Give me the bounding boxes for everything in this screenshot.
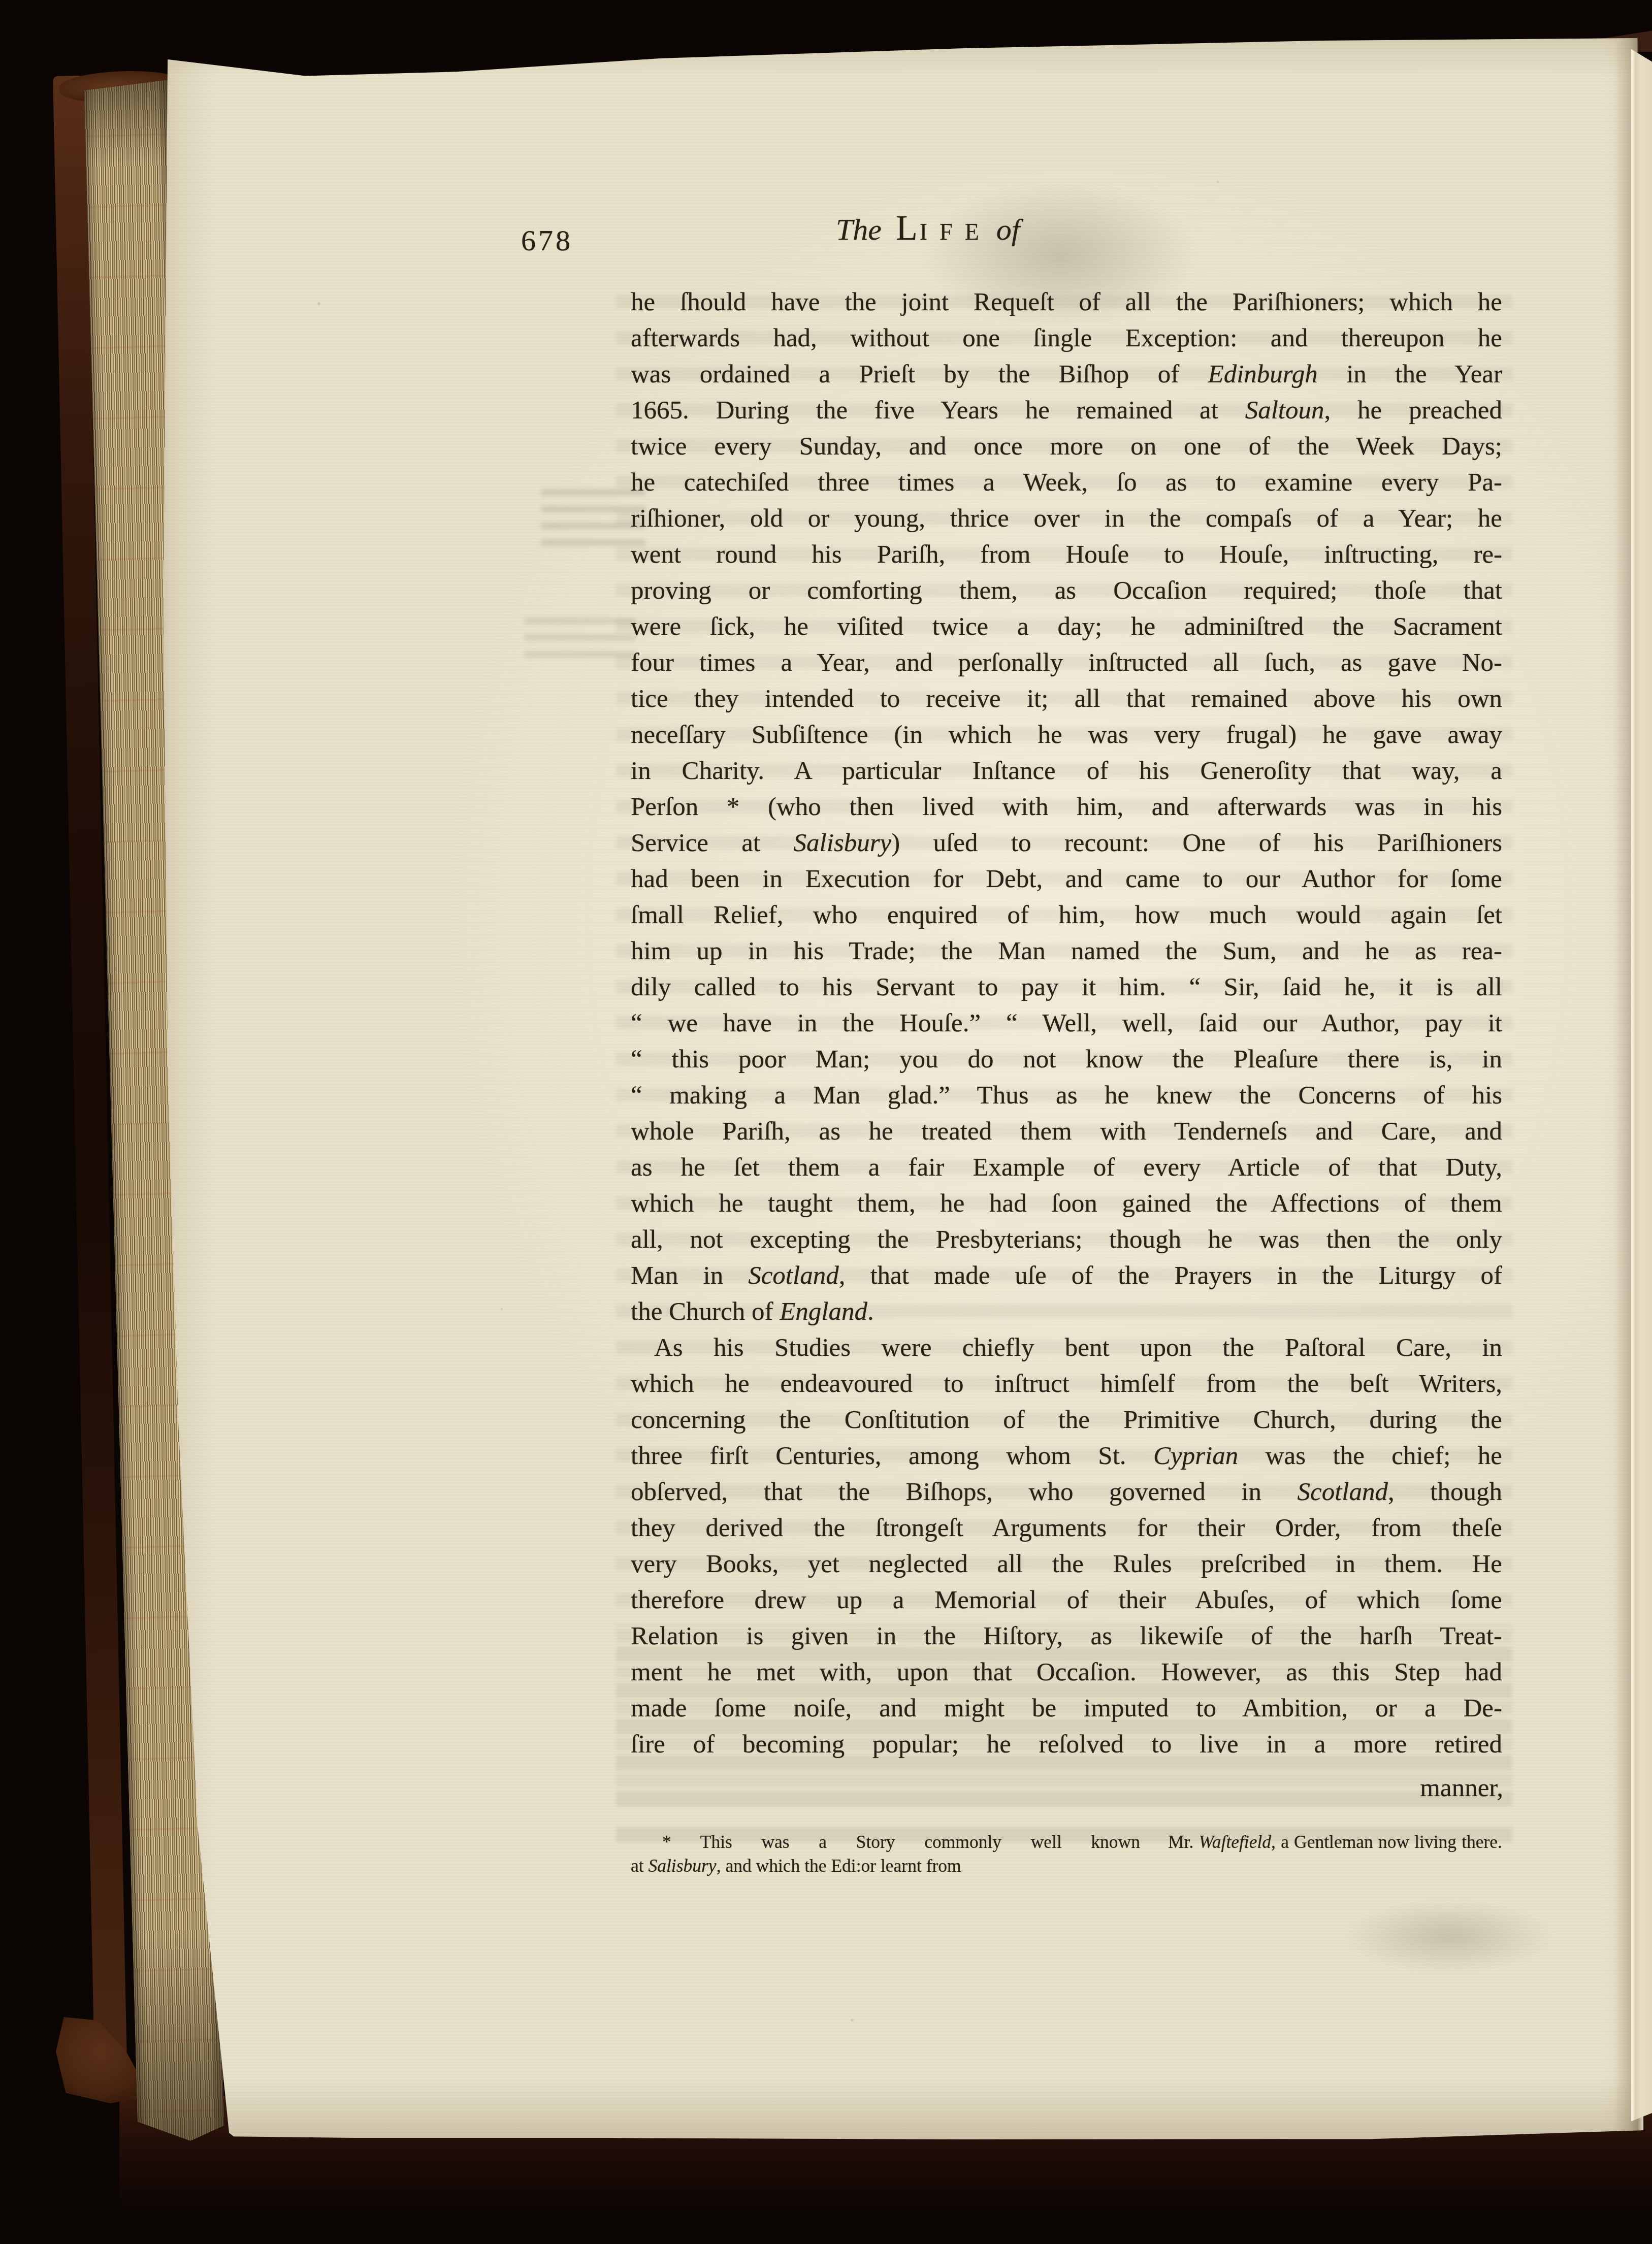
italic-word: Scotland bbox=[1298, 1478, 1388, 1506]
italic-word: Edinburgh bbox=[1208, 360, 1318, 388]
body-line: were ſick, he viſited twice a day; he ad… bbox=[631, 609, 1502, 645]
footnote-line: at Salisbury, and which the Edi:or learn… bbox=[631, 1854, 1140, 1878]
body-line: the Church of England. bbox=[631, 1294, 1502, 1330]
body-line: Relation is given in the Hiſtory, as lik… bbox=[631, 1618, 1502, 1654]
body-line: he ſhould have the joint Requeſt of all … bbox=[631, 284, 1502, 320]
body-line: whole Pariſh, as he treated them with Te… bbox=[631, 1114, 1502, 1150]
running-title: The L IFE of bbox=[836, 208, 1020, 249]
body-line: he catechiſed three times a Week, ſo as … bbox=[631, 465, 1502, 501]
body-line: Perſon * (who then lived with him, and a… bbox=[631, 789, 1502, 825]
body-line: concerning the Conſtitution of the Primi… bbox=[631, 1402, 1502, 1438]
body-line: obſerved, that the Biſhops, who governed… bbox=[631, 1474, 1502, 1510]
running-title-lead: The bbox=[836, 212, 882, 247]
body-line: tice they intended to receive it; all th… bbox=[631, 681, 1502, 717]
body-line: was ordained a Prieſt by the Biſhop of E… bbox=[631, 356, 1502, 393]
footnote-column: Mr. Waſtefield, a Gentleman now living t… bbox=[1168, 1830, 1502, 1854]
footnote-line: Mr. Waſtefield, a Gentleman now living t… bbox=[1168, 1830, 1502, 1854]
body-line: “ we have in the Houſe.” “ Well, well, ſ… bbox=[631, 1005, 1502, 1042]
body-line: As his Studies were chiefly bent upon th… bbox=[631, 1330, 1502, 1366]
italic-word: Cyprian bbox=[1153, 1442, 1238, 1470]
body-line: as he ſet them a fair Example of every A… bbox=[631, 1150, 1502, 1186]
running-title-main-initial: L bbox=[896, 208, 918, 249]
body-line: Man in Scotland, that made uſe of the Pr… bbox=[631, 1258, 1502, 1294]
body-line: riſhioner, old or young, thrice over in … bbox=[631, 501, 1502, 537]
running-title-tail: of bbox=[996, 212, 1020, 247]
italic-word: Saltoun bbox=[1245, 396, 1324, 425]
showthrough-margin-note bbox=[541, 487, 645, 546]
page-number: 678 bbox=[521, 223, 573, 257]
body-line: in Charity. A particular Inſtance of his… bbox=[631, 753, 1502, 789]
italic-word: Waſtefield bbox=[1198, 1832, 1271, 1852]
catchword: manner, bbox=[1294, 1773, 1503, 1803]
body-line: proving or comforting them, as Occaſion … bbox=[631, 573, 1502, 609]
next-page-edge bbox=[1631, 37, 1652, 2130]
body-line: therefore drew up a Memorial of their Ab… bbox=[631, 1582, 1502, 1618]
italic-word: Salisbury bbox=[794, 829, 892, 857]
footnote-line: * This was a Story commonly well known bbox=[631, 1830, 1140, 1854]
body-text: he ſhould have the joint Requeſt of all … bbox=[631, 284, 1502, 1763]
body-line: all, not excepting the Presbyterians; th… bbox=[631, 1222, 1502, 1258]
body-line: Service at Salisbury) uſed to recount: O… bbox=[631, 825, 1502, 861]
body-line: which he taught them, he had ſoon gained… bbox=[631, 1186, 1502, 1222]
body-line: made ſome noiſe, and might be imputed to… bbox=[631, 1690, 1502, 1727]
body-line: had been in Execution for Debt, and came… bbox=[631, 861, 1502, 897]
body-line: afterwards had, without one ſingle Excep… bbox=[631, 320, 1502, 356]
showthrough-margin-note bbox=[525, 609, 635, 658]
showthrough-smudge bbox=[1340, 1898, 1558, 1974]
body-line: “ this poor Man; you do not know the Ple… bbox=[631, 1042, 1502, 1078]
italic-word: Scotland bbox=[748, 1261, 838, 1290]
book-page: 678 The L IFE of he ſhould have the join… bbox=[151, 29, 1646, 2142]
body-line: ment he met with, upon that Occaſion. Ho… bbox=[631, 1654, 1502, 1690]
body-line: “ making a Man glad.” Thus as he knew th… bbox=[631, 1078, 1502, 1114]
photographed-book-spread: { "colors": { "background": "#0b0504", "… bbox=[0, 0, 1652, 2244]
body-line: four times a Year, and perſonally inſtru… bbox=[631, 645, 1502, 681]
body-line: 1665. During the five Years he remained … bbox=[631, 393, 1502, 429]
body-line: twice every Sunday, and once more on one… bbox=[631, 429, 1502, 465]
body-line: they derived the ſtrongeſt Arguments for… bbox=[631, 1510, 1502, 1546]
body-line: went round his Pariſh, from Houſe to Hou… bbox=[631, 537, 1502, 573]
body-line: dily called to his Servant to pay it him… bbox=[631, 969, 1502, 1005]
body-line: ſire of becoming popular; he reſolved to… bbox=[631, 1727, 1502, 1763]
body-line: which he endeavoured to inſtruct himſelf… bbox=[631, 1366, 1502, 1402]
body-line: him up in his Trade; the Man named the S… bbox=[631, 933, 1502, 969]
footnote-column: * This was a Story commonly well knownat… bbox=[631, 1830, 1140, 1878]
body-line: very Books, yet neglected all the Rules … bbox=[631, 1546, 1502, 1582]
body-line: neceſſary Subſiſtence (in which he was v… bbox=[631, 717, 1502, 753]
italic-word: Salisbury bbox=[649, 1856, 717, 1876]
italic-word: England bbox=[780, 1297, 867, 1326]
running-title-main-rest: IFE bbox=[920, 218, 991, 245]
body-line: ſmall Relief, who enquired of him, how m… bbox=[631, 897, 1502, 933]
body-line: three firſt Centuries, among whom St. Cy… bbox=[631, 1438, 1502, 1474]
